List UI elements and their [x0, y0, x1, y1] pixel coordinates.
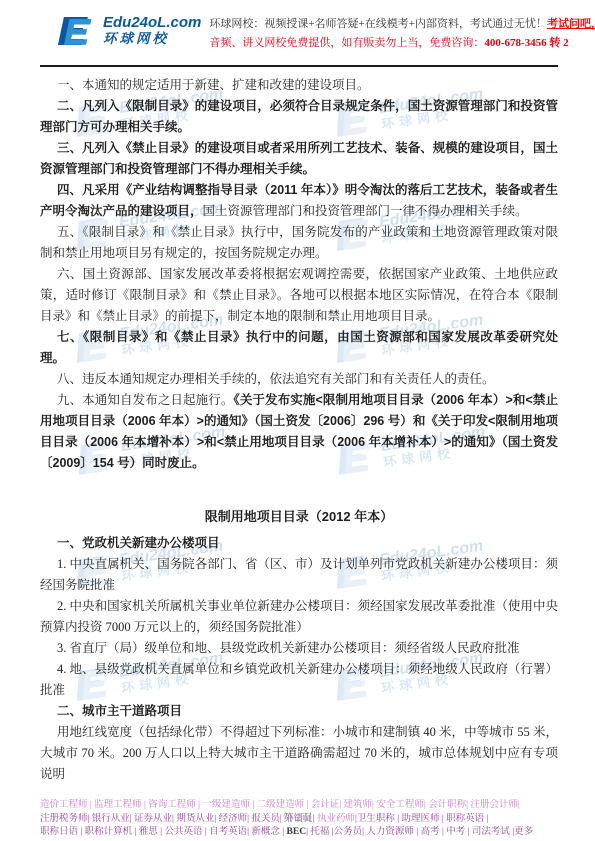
text-segment: 1. 中央直属机关、国务院各部门、省（区、市）及计划单列市党政机关新建办公楼项目… — [40, 557, 558, 592]
text-segment: 七、《限制目录》和《禁止目录》执行中的问题，由国土资源部和国家发展改革委研究处理… — [40, 330, 558, 365]
paragraph: 一、本通知的规定适用于新建、扩建和改建的建设项目。 — [40, 75, 558, 96]
text-segment: 用地红线宽度（包括绿化带）不得超过下列标准：小城市和建制镇 40 米，中等城市 … — [40, 725, 558, 781]
text-segment: 九、本通知自发布之日起施行。 — [57, 393, 233, 407]
text-segment: 限制用地项目目录（2012 年本） — [205, 509, 394, 524]
tagline-text: 环球网校：视频授课+名师答疑+在线模考+内部资料，考试通过无忧！ — [209, 18, 547, 30]
page-number: 第 2页 — [0, 810, 595, 825]
paragraph: 七、《限制目录》和《禁止目录》执行中的问题，由国土资源部和国家发展改革委研究处理… — [40, 327, 558, 369]
service-text: 音频、讲义网校免费提供，如有贩卖勿上当，免费咨询： — [209, 37, 484, 49]
text-segment: 二、城市主干道路项目 — [57, 704, 182, 718]
edu24ol-logo[interactable]: Edu24oL.com 环球网校 — [56, 12, 201, 50]
logo-e-icon — [56, 12, 98, 50]
text-segment: 2. 中央和国家机关所属机关事业单位新建办公楼项目：须经国家发展改革委批准（使用… — [40, 599, 558, 634]
logo-brand-cn: 环球网校 — [103, 32, 201, 47]
paragraph: 二、凡列入《限制目录》的建设项目，必须符合目录规定条件，国土资源管理部门和投资管… — [40, 96, 558, 138]
document-body: 一、本通知的规定适用于新建、扩建和改建的建设项目。二、凡列入《限制目录》的建设项… — [0, 67, 595, 785]
text-segment: 八、违反本通知规定办理相关手续的，依法追究有关部门和有关责任人的责任。 — [57, 372, 495, 386]
text-segment: 六、国土资源部、国家发展改革委将根据宏观调控需要，依据国家产业政策、土地供应政策… — [40, 267, 558, 323]
footer-link-group[interactable]: 职称日语 | 职称计算机 | 雅思 | 公共英语 | 自考英语| 新概念 | — [40, 827, 287, 837]
document-title: 限制用地项目目录（2012 年本） — [40, 506, 558, 527]
service-phone: 400-678-3456 转 2 — [484, 37, 568, 49]
paragraph: 五、《限制目录》和《禁止目录》执行中，国务院发布的产业政策和土地资源管理政策对限… — [40, 222, 558, 264]
footer-links-row: 职称日语 | 职称计算机 | 雅思 | 公共英语 | 自考英语| 新概念 | B… — [40, 826, 558, 840]
paragraph: 1. 中央直属机关、国务院各部门、省（区、市）及计划单列市党政机关新建办公楼项目… — [40, 554, 558, 596]
text-segment: 3. 省直厅（局）级单位和地、县级党政机关新建办公楼项目：须经省级人民政府批准 — [57, 641, 520, 655]
footer-link-group[interactable]: | 托福 |公务员| 人力资源师 | 高考 | 中考 | 司法考试 |更多 — [306, 827, 533, 837]
paragraph: 4. 地、县级党政机关直属单位和乡镇党政机关新建办公楼项目：须经地级人民政府（行… — [40, 659, 558, 701]
paragraph: 用地红线宽度（包括绿化带）不得超过下列标准：小城市和建制镇 40 米，中等城市 … — [40, 722, 558, 785]
header-divider — [40, 65, 558, 67]
text-segment: 二、凡列入《限制目录》的建设项目，必须符合目录规定条件，国土资源管理部门和投资管… — [40, 99, 558, 134]
exam-qa-link[interactable]: 考试问吧，有问必答 — [547, 18, 595, 30]
footer-link-group[interactable]: BEC — [287, 827, 307, 837]
text-segment: 五、《限制目录》和《禁止目录》执行中，国务院发布的产业政策和土地资源管理政策对限… — [40, 225, 558, 260]
paragraph: 三、凡列入《禁止目录》的建设项目或者采用所列工艺技术、装备、规模的建设项目，国土… — [40, 138, 558, 180]
paragraph: 2. 中央和国家机关所属机关事业单位新建办公楼项目：须经国家发展改革委批准（使用… — [40, 596, 558, 638]
text-segment: 三、凡列入《禁止目录》的建设项目或者采用所列工艺技术、装备、规模的建设项目，国土… — [40, 141, 558, 176]
text-segment: 国土资源管理部门和投资管理部门一律不得办理相关手续。 — [203, 204, 528, 218]
header-tagline: 环球网校：视频授课+名师答疑+在线模考+内部资料，考试通过无忧！考试问吧，有问必… — [209, 15, 595, 34]
site-header: Edu24oL.com 环球网校 环球网校：视频授课+名师答疑+在线模考+内部资… — [0, 0, 595, 55]
logo-brand-en: Edu24oL.com — [103, 15, 201, 32]
section-heading: 二、城市主干道路项目 — [40, 701, 558, 722]
paragraph: 九、本通知自发布之日起施行。《关于发布实施<限制用地项目目录（2006 年本）>… — [40, 390, 558, 474]
paragraph: 六、国土资源部、国家发展改革委将根据宏观调控需要，依据国家产业政策、土地供应政策… — [40, 264, 558, 327]
text-segment: 一、党政机关新建办公楼项目 — [57, 536, 220, 550]
footer-link-group[interactable]: 造价工程师 | 监理工程师 | 咨询工程师 | 一级建造师 | 二级建造师 | … — [40, 800, 520, 810]
text-segment: 一、本通知的规定适用于新建、扩建和改建的建设项目。 — [57, 78, 370, 92]
paragraph: 3. 省直厅（局）级单位和地、县级党政机关新建办公楼项目：须经省级人民政府批准 — [40, 638, 558, 659]
paragraph: 八、违反本通知规定办理相关手续的，依法追究有关部门和有关责任人的责任。 — [40, 369, 558, 390]
text-segment: 4. 地、县级党政机关直属单位和乡镇党政机关新建办公楼项目：须经地级人民政府（行… — [40, 662, 558, 697]
paragraph: 四、凡采用《产业结构调整指导目录（2011 年本）》明令淘汰的落后工艺技术，装备… — [40, 180, 558, 222]
header-service-line: 音频、讲义网校免费提供，如有贩卖勿上当，免费咨询：400-678-3456 转 … — [209, 34, 595, 53]
section-heading: 一、党政机关新建办公楼项目 — [40, 533, 558, 554]
document-page: Edu24oL.com环球网校Edu24oL.com环球网校Edu24oL.co… — [0, 0, 595, 841]
